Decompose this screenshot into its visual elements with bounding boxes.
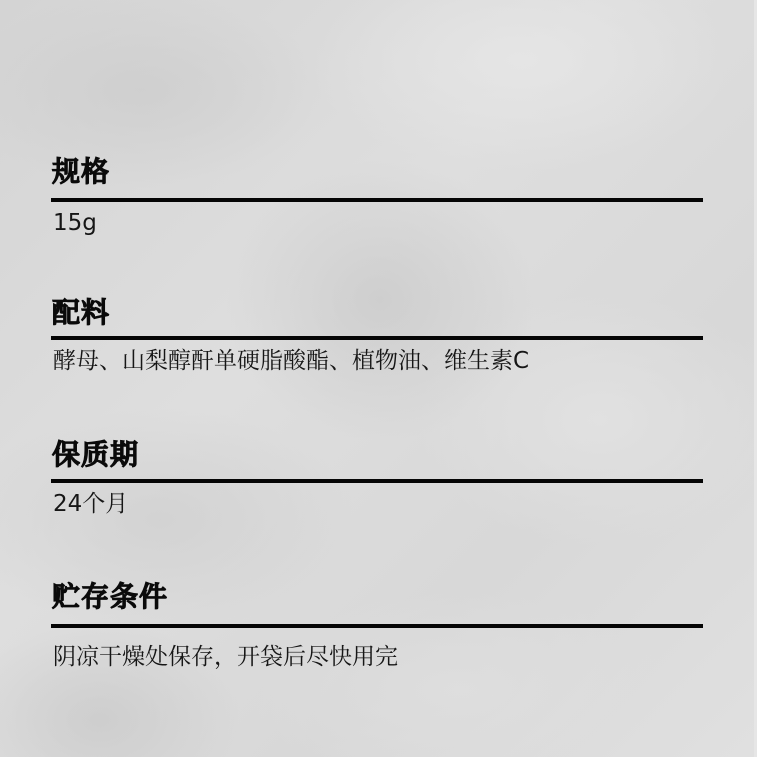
- section-heading-specification: 规格: [52, 157, 110, 187]
- section-heading-storage-conditions: 贮存条件: [52, 582, 168, 612]
- section-divider: [51, 624, 703, 628]
- section-shelf-life: 保质期 24个月: [51, 440, 703, 525]
- section-divider: [51, 336, 703, 340]
- specification-value: 15g: [53, 209, 97, 237]
- section-divider: [51, 198, 703, 202]
- section-divider: [51, 479, 703, 483]
- storage-conditions-value: 阴凉干燥处保存，开袋后尽快用完: [53, 643, 398, 671]
- section-storage-conditions: 贮存条件 阴凉干燥处保存，开袋后尽快用完: [51, 582, 703, 677]
- section-ingredients: 配料 酵母、山梨醇酐单硬脂酸酯、植物油、维生素C: [51, 298, 703, 383]
- section-heading-ingredients: 配料: [52, 298, 110, 328]
- shelf-life-value: 24个月: [53, 490, 128, 518]
- ingredients-value: 酵母、山梨醇酐单硬脂酸酯、植物油、维生素C: [53, 347, 529, 375]
- section-heading-shelf-life: 保质期: [52, 440, 139, 470]
- section-specification: 规格 15g: [51, 157, 703, 242]
